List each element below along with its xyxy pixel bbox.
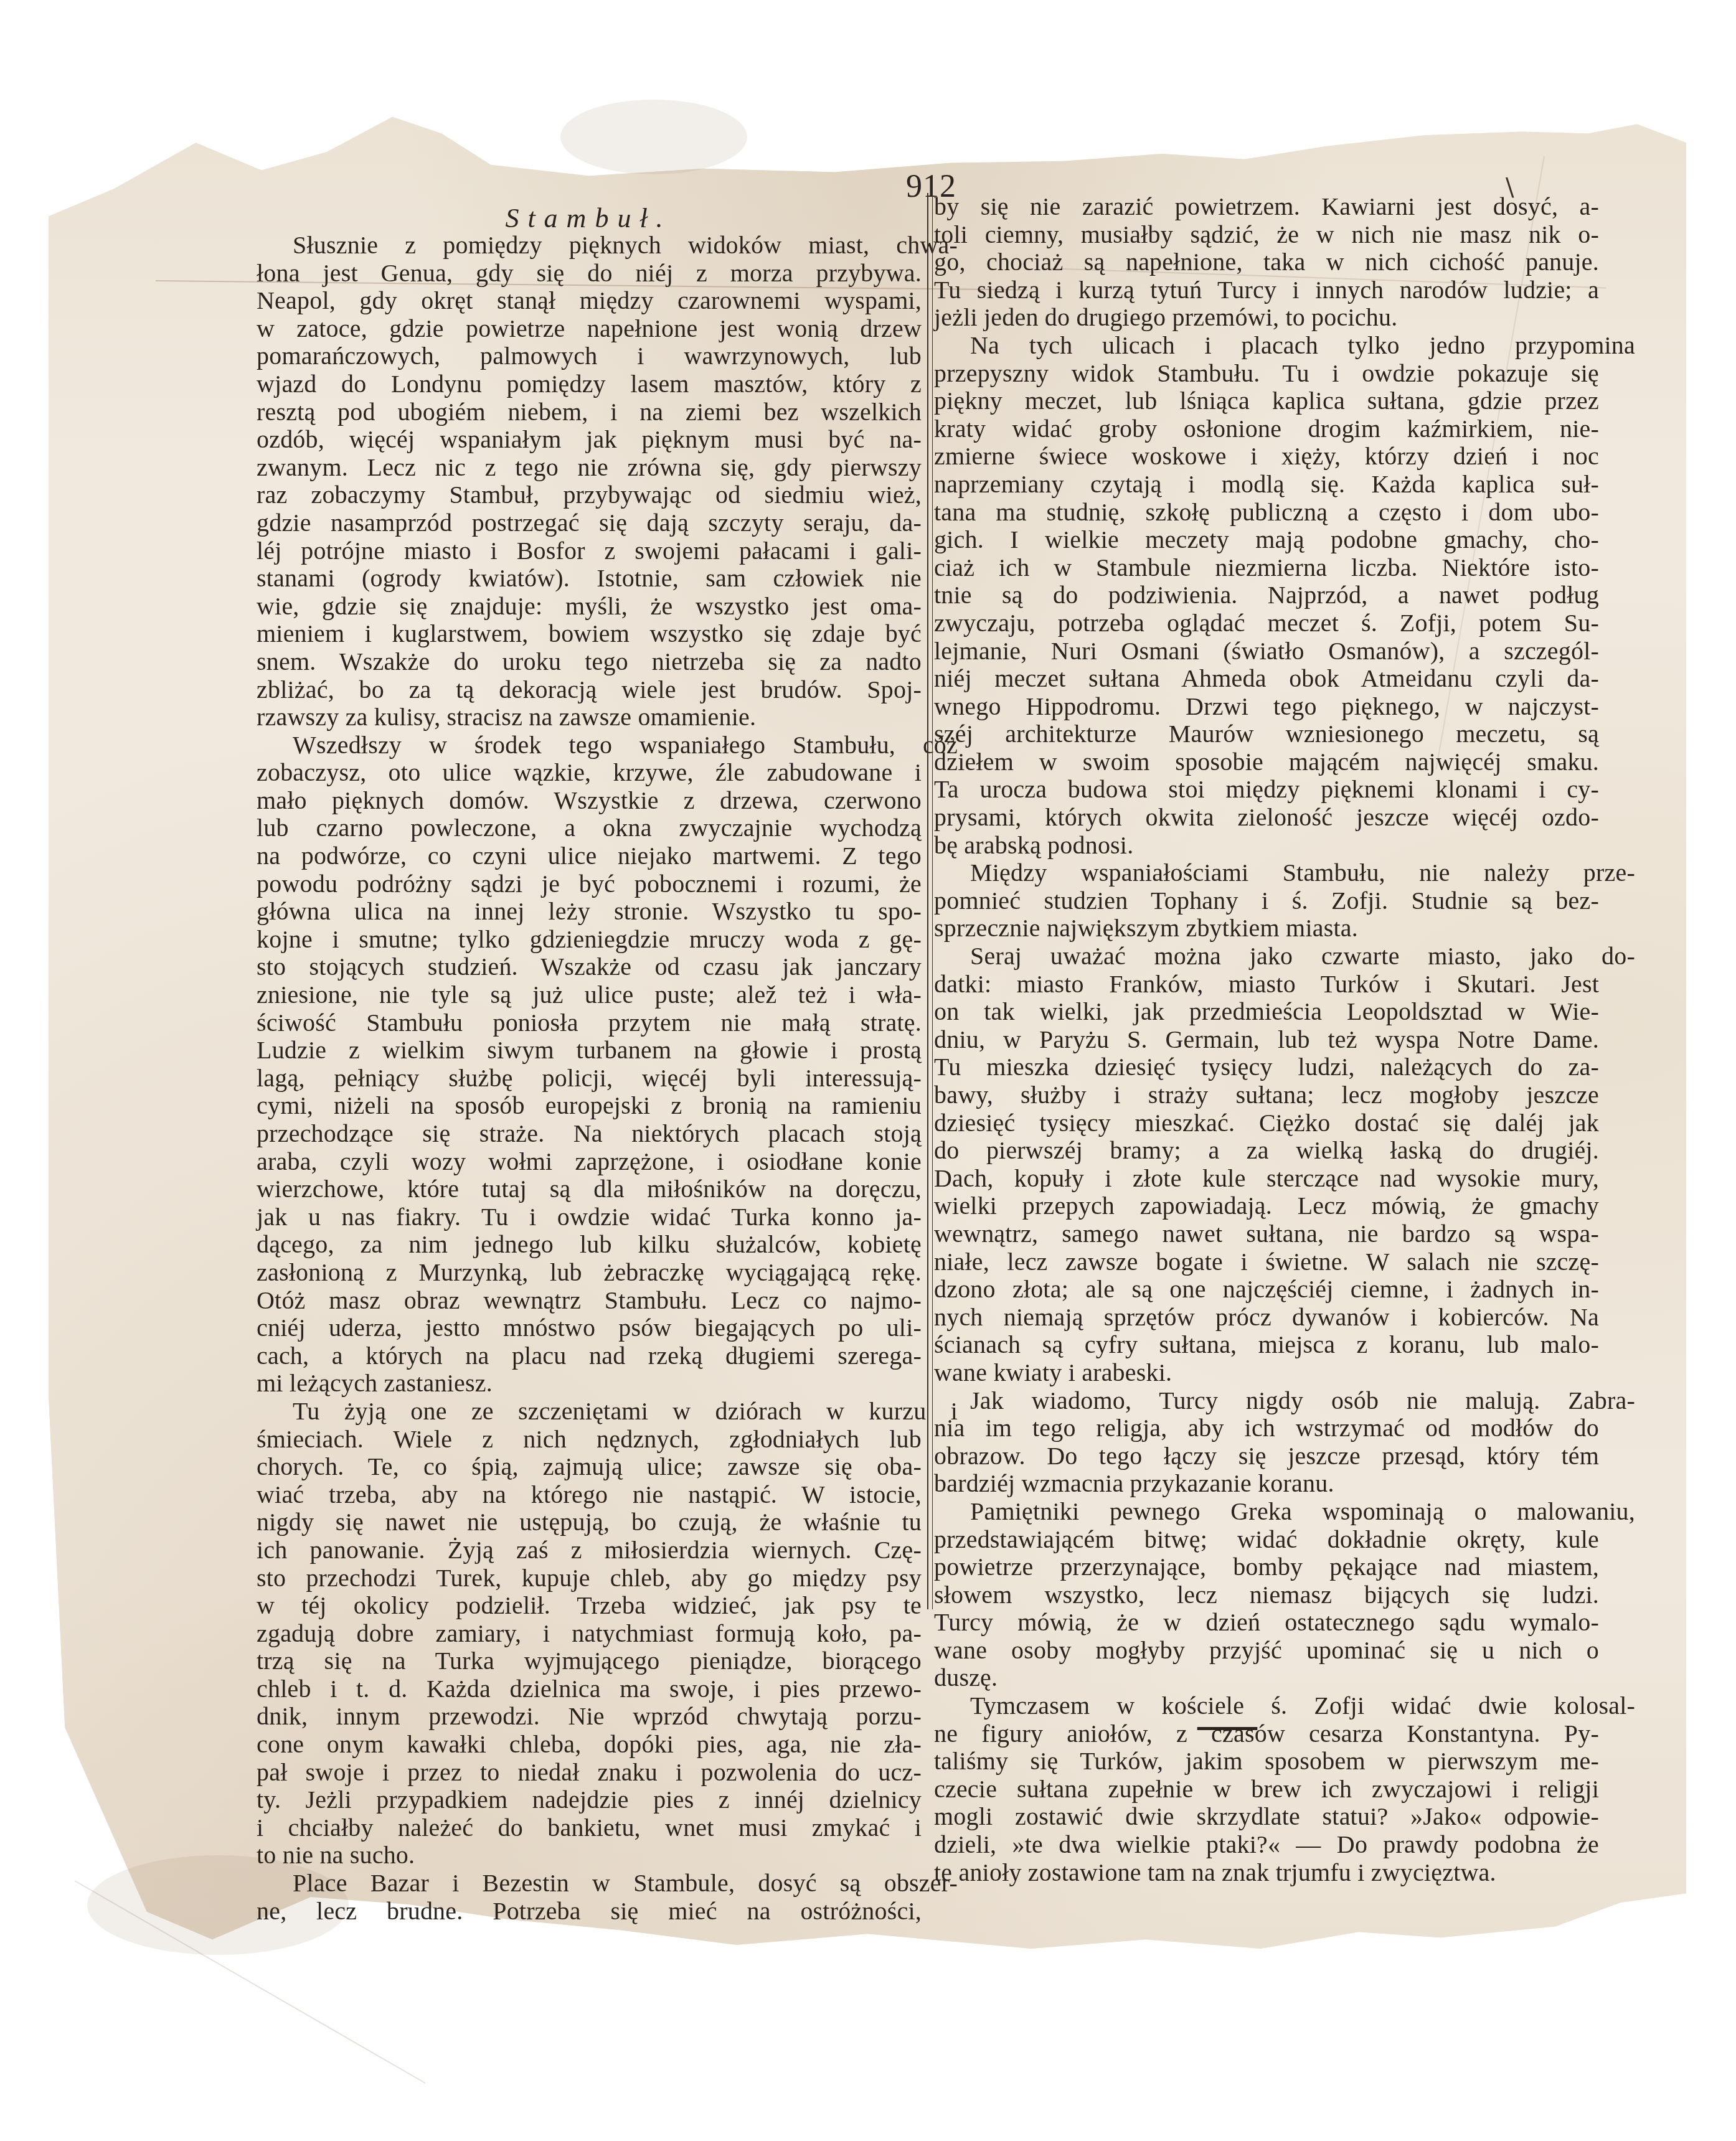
- text-line: do pierwszéj bramy; a za wielką łaską do…: [934, 1137, 1599, 1165]
- text-line: jeżli jeden do drugiego przemówi, to poc…: [934, 304, 1599, 332]
- text-line: niéj meczet sułtana Ahmeda obok Atmeidan…: [934, 665, 1599, 693]
- text-line: dącego, za nim jednego lub kilku służalc…: [257, 1231, 922, 1259]
- text-line: dzieli, »te dwa wielkie ptaki?« — Do pra…: [934, 1831, 1599, 1859]
- text-line: zwanym. Lecz nic z tego nie zrówna się, …: [257, 454, 922, 482]
- text-line: gich. I wielkie meczety mają podobne gma…: [934, 526, 1599, 554]
- text-line: wie, gdzie się znajduje: myśli, że wszys…: [257, 593, 922, 621]
- text-line: wielki przepych zapowiadają. Lecz mówią,…: [934, 1192, 1599, 1220]
- text-line: bawy, służby i straży sułtana; lecz mogł…: [934, 1081, 1599, 1109]
- text-line: przepyszny widok Stambułu. Tu i owdzie p…: [934, 360, 1599, 388]
- text-line: jak u nas fiakry. Tu i owdzie widać Turk…: [257, 1203, 922, 1231]
- text-line: łona jest Genua, gdy się do niéj z morza…: [257, 260, 922, 288]
- text-line: sprzecznie największym zbytkiem miasta.: [934, 915, 1599, 943]
- column-divider: [927, 193, 933, 1609]
- text-line: széj architekturze Maurów wzniesionego m…: [934, 720, 1599, 748]
- text-line: cymi, niżeli na sposób europejski z bron…: [257, 1092, 922, 1120]
- text-line: tana ma studnię, szkołę publiczną a częs…: [934, 499, 1599, 527]
- text-line: Ta urocza budowa stoi między pięknemi kl…: [934, 776, 1599, 804]
- text-line: cniéj uderza, jestto mnóstwo psów biegaj…: [257, 1314, 922, 1342]
- text-line: lagą, pełniący służbę policji, więcéj by…: [257, 1065, 922, 1093]
- text-line: araba, czyli wozy wołmi zaprzężone, i os…: [257, 1148, 922, 1176]
- text-line: cone onym kawałki chleba, dopóki pies, a…: [257, 1731, 922, 1759]
- text-line: ścianach są cyfry sułtana, miejsca z kor…: [934, 1331, 1599, 1359]
- text-line: czecie sułtana zupełnie w brew ich zwycz…: [934, 1776, 1599, 1804]
- text-line: Jak wiadomo, Turcy nigdy osób nie malują…: [934, 1387, 1635, 1415]
- text-line: przedstawiającém bitwę; widać dokładnie …: [934, 1526, 1599, 1554]
- text-line: wjazd do Londynu pomiędzy lasem masztów,…: [257, 370, 922, 398]
- text-line: Tu żyją one ze szczeniętami w dziórach w…: [257, 1398, 958, 1426]
- text-line: resztą pod ubogiém niebem, i na ziemi be…: [257, 398, 922, 426]
- text-line: Słusznie z pomiędzy pięknych widoków mia…: [257, 232, 958, 260]
- text-line: datki: miasto Franków, miasto Turków i S…: [934, 971, 1599, 999]
- text-line: duszę.: [934, 1664, 1599, 1692]
- text-line: zobaczysz, oto ulice wązkie, krzywe, źle…: [257, 759, 922, 787]
- text-line: chleb i t. d. Każda dzielnica ma swoje, …: [257, 1675, 922, 1703]
- text-line: kraty widać groby osłonione drogim kaźmi…: [934, 415, 1599, 443]
- text-line: ty. Jeżli przypadkiem nadejdzie pies z i…: [257, 1786, 922, 1814]
- article-end-rule: [1197, 1727, 1258, 1730]
- text-line: Turcy mówią, że w dzień ostatecznego sąd…: [934, 1609, 1599, 1637]
- text-line: sto przechodzi Turek, kupuje chleb, aby …: [257, 1565, 922, 1593]
- text-line: słowem wszystko, lecz niemasz bijących s…: [934, 1581, 1599, 1609]
- text-line: piękny meczet, lub lśniąca kaplica sułta…: [934, 387, 1599, 415]
- text-line: pał swoje i przez to niedał znaku i pozw…: [257, 1759, 922, 1787]
- text-line: wane kwiaty i arabeski.: [934, 1359, 1599, 1387]
- text-line: ne, lecz brudne. Potrzeba się mieć na os…: [257, 1898, 922, 1926]
- text-line: naprzemiany czytają i modlą się. Każda k…: [934, 471, 1599, 499]
- text-line: snem. Wszakże do uroku tego nietrzeba si…: [257, 648, 922, 676]
- text-line: on tak wielki, jak przedmieścia Leopolds…: [934, 998, 1599, 1026]
- text-line: ne figury aniołów, z czasów cesarza Kons…: [934, 1720, 1599, 1748]
- text-line: taliśmy się Turków, jakim sposobem w pie…: [934, 1748, 1599, 1776]
- text-line: nych niemają sprzętów prócz dywanów i ko…: [934, 1304, 1599, 1332]
- text-line: wnego Hippodromu. Drzwi tego pięknego, w…: [934, 693, 1599, 721]
- text-line: léj potrójne miasto i Bosfor z swojemi p…: [257, 537, 922, 565]
- text-line: obrazow. Do tego łączy się jeszcze przes…: [934, 1442, 1599, 1470]
- text-line: te anioły zostawione tam na znak trjumfu…: [934, 1859, 1599, 1887]
- text-line: mogli zostawić dwie skrzydlate statui? »…: [934, 1803, 1599, 1831]
- text-line: ozdób, więcéj wspaniałym jak pięknym mus…: [257, 426, 922, 454]
- text-line: bardziéj wzmacnia przykazanie koranu.: [934, 1470, 1599, 1498]
- text-line: zbliżać, bo za tą dekoracją wiele jest b…: [257, 676, 922, 704]
- text-line: toli ciemny, musiałby sądzić, że w nich …: [934, 221, 1599, 249]
- text-line: i chciałby należeć do bankietu, wnet mus…: [257, 1814, 922, 1842]
- text-line: wewnątrz, samego nawet sułtana, nie bard…: [934, 1220, 1599, 1248]
- text-line: dziesięć tysięcy mieszkać. Ciężko dostać…: [934, 1109, 1599, 1137]
- text-line: powietrze przerzynające, bomby pękające …: [934, 1553, 1599, 1581]
- text-line: pomarańczowych, palmowych i wawrzynowych…: [257, 342, 922, 370]
- text-line: w téj okolicy podzielił. Trzeba widzieć,…: [257, 1592, 922, 1620]
- text-line: niałe, lecz zawsze bogate i świetne. W s…: [934, 1248, 1599, 1276]
- text-column-right: by się nie zarazić powietrzem. Kawiarni …: [934, 193, 1599, 1886]
- text-line: mało pięknych domów. Wszystkie z drzewa,…: [257, 787, 922, 815]
- text-line: mieniem i kuglarstwem, bowiem wszystko s…: [257, 620, 922, 648]
- text-line: go, chociaż są napełnione, taka w nich c…: [934, 248, 1599, 276]
- text-line: cach, a których na placu nad rzeką długi…: [257, 1342, 922, 1370]
- text-line: na podwórze, co czyni ulice niejako mart…: [257, 842, 922, 870]
- text-line: raz zobaczymy Stambuł, przybywając od si…: [257, 481, 922, 509]
- text-line: dzono złota; ale są one najczęściéj ciem…: [934, 1276, 1599, 1304]
- text-line: Między wspaniałościami Stambułu, nie nal…: [934, 859, 1635, 887]
- text-line: Seraj uważać można jako czwarte miasto, …: [934, 943, 1635, 971]
- text-column-left: Słusznie z pomiędzy pięknych widoków mia…: [257, 232, 922, 1925]
- text-line: chorych. Te, co śpią, zajmują ulice; zaw…: [257, 1453, 922, 1481]
- text-line: gdzie nasamprzód postrzegać się dają szc…: [257, 509, 922, 537]
- text-line: Dach, kopuły i złote kule sterczące nad …: [934, 1165, 1599, 1193]
- text-line: sto stojących studzień. Wszakże od czasu…: [257, 953, 922, 981]
- text-line: zgadują dobre zamiary, i natychmiast for…: [257, 1620, 922, 1648]
- text-line: ich panowanie. Żyją zaś z miłosierdzia w…: [257, 1536, 922, 1565]
- text-line: wiać trzeba, aby na którego nie nastąpić…: [257, 1481, 922, 1509]
- text-line: śmieciach. Wiele z nich nędznych, zgłodn…: [257, 1426, 922, 1454]
- text-line: dniu, w Paryżu S. Germain, lub też wyspa…: [934, 1026, 1599, 1054]
- text-line: dnik, innym przewodzi. Nie wprzód chwyta…: [257, 1703, 922, 1731]
- text-line: w zatoce, gdzie powietrze napełnione jes…: [257, 315, 922, 343]
- text-line: bę arabską podnosi.: [934, 832, 1599, 860]
- text-line: zmierne świece woskowe i xięży, którzy d…: [934, 443, 1599, 471]
- text-line: nigdy się nawet nie ustępują, bo czują, …: [257, 1508, 922, 1536]
- text-line: by się nie zarazić powietrzem. Kawiarni …: [934, 193, 1599, 221]
- text-line: wierzchowe, które tutaj są dla miłośnikó…: [257, 1175, 922, 1203]
- text-line: główna ulica na innej leży stronie. Wszy…: [257, 898, 922, 926]
- text-line: mi leżących zastaniesz.: [257, 1370, 922, 1398]
- text-line: to nie na sucho.: [257, 1842, 922, 1870]
- text-line: trzą się na Turka wyjmującego pieniądze,…: [257, 1647, 922, 1675]
- text-line: stanami (ogrody kwiatów). Istotnie, sam …: [257, 565, 922, 593]
- text-line: Na tych ulicach i placach tylko jedno pr…: [934, 332, 1635, 360]
- text-line: Ludzie z wielkim siwym turbanem na głowi…: [257, 1037, 922, 1065]
- text-line: Wszedłszy w środek tego wspaniałego Stam…: [257, 732, 958, 760]
- text-line: tnie są do podziwienia. Najprzód, a nawe…: [934, 581, 1599, 609]
- text-line: rzawszy za kulisy, stracisz na zawsze om…: [257, 703, 922, 732]
- article-title: Stambuł.: [252, 202, 925, 234]
- text-line: Neapol, gdy okręt stanął między czarowne…: [257, 287, 922, 315]
- text-line: zasłonioną z Murzynką, lub żebraczkę wyc…: [257, 1259, 922, 1287]
- text-line: Tymczasem w kościele ś. Zofji widać dwie…: [934, 1692, 1635, 1720]
- text-line: przechodzące się straże. Na niektórych p…: [257, 1120, 922, 1148]
- text-line: Otóż masz obraz wewnątrz Stambułu. Lecz …: [257, 1287, 922, 1315]
- text-line: Place Bazar i Bezestin w Stambule, dosyć…: [257, 1870, 958, 1898]
- text-line: zwyczaju, potrzeba oglądać meczet ś. Zof…: [934, 609, 1599, 638]
- text-line: Tu mieszka dziesięć tysięcy ludzi, należ…: [934, 1053, 1599, 1081]
- paper-stain: [560, 100, 747, 174]
- text-line: kojne i smutne; tylko gdzieniegdzie mruc…: [257, 926, 922, 954]
- text-line: dziełem w swoim sposobie mającém najwięc…: [934, 748, 1599, 776]
- text-line: zniesione, nie tyle są już ulice puste; …: [257, 981, 922, 1009]
- text-line: wane osoby mogłyby przyjść upominać się …: [934, 1637, 1599, 1665]
- text-line: ściwość Stambułu poniosła przytem nie ma…: [257, 1009, 922, 1037]
- text-line: ciaż ich w Stambule niezmierna liczba. N…: [934, 554, 1599, 582]
- text-line: prysami, których okwita zieloność jeszcz…: [934, 804, 1599, 832]
- text-line: Tu siedzą i kurzą tytuń Turcy i innych n…: [934, 276, 1599, 304]
- text-line: Pamiętniki pewnego Greka wspominają o ma…: [934, 1498, 1635, 1526]
- text-line: pomnieć studzien Tophany i ś. Zofji. Stu…: [934, 887, 1599, 915]
- text-line: powodu podróżny sądzi je być pobocznemi …: [257, 870, 922, 898]
- text-line: lub czarno powleczone, a okna zwyczajnie…: [257, 814, 922, 842]
- text-line: nia im tego religja, aby ich wstrzymać o…: [934, 1414, 1599, 1442]
- text-line: lejmanie, Nuri Osmani (światło Osmanów),…: [934, 638, 1599, 666]
